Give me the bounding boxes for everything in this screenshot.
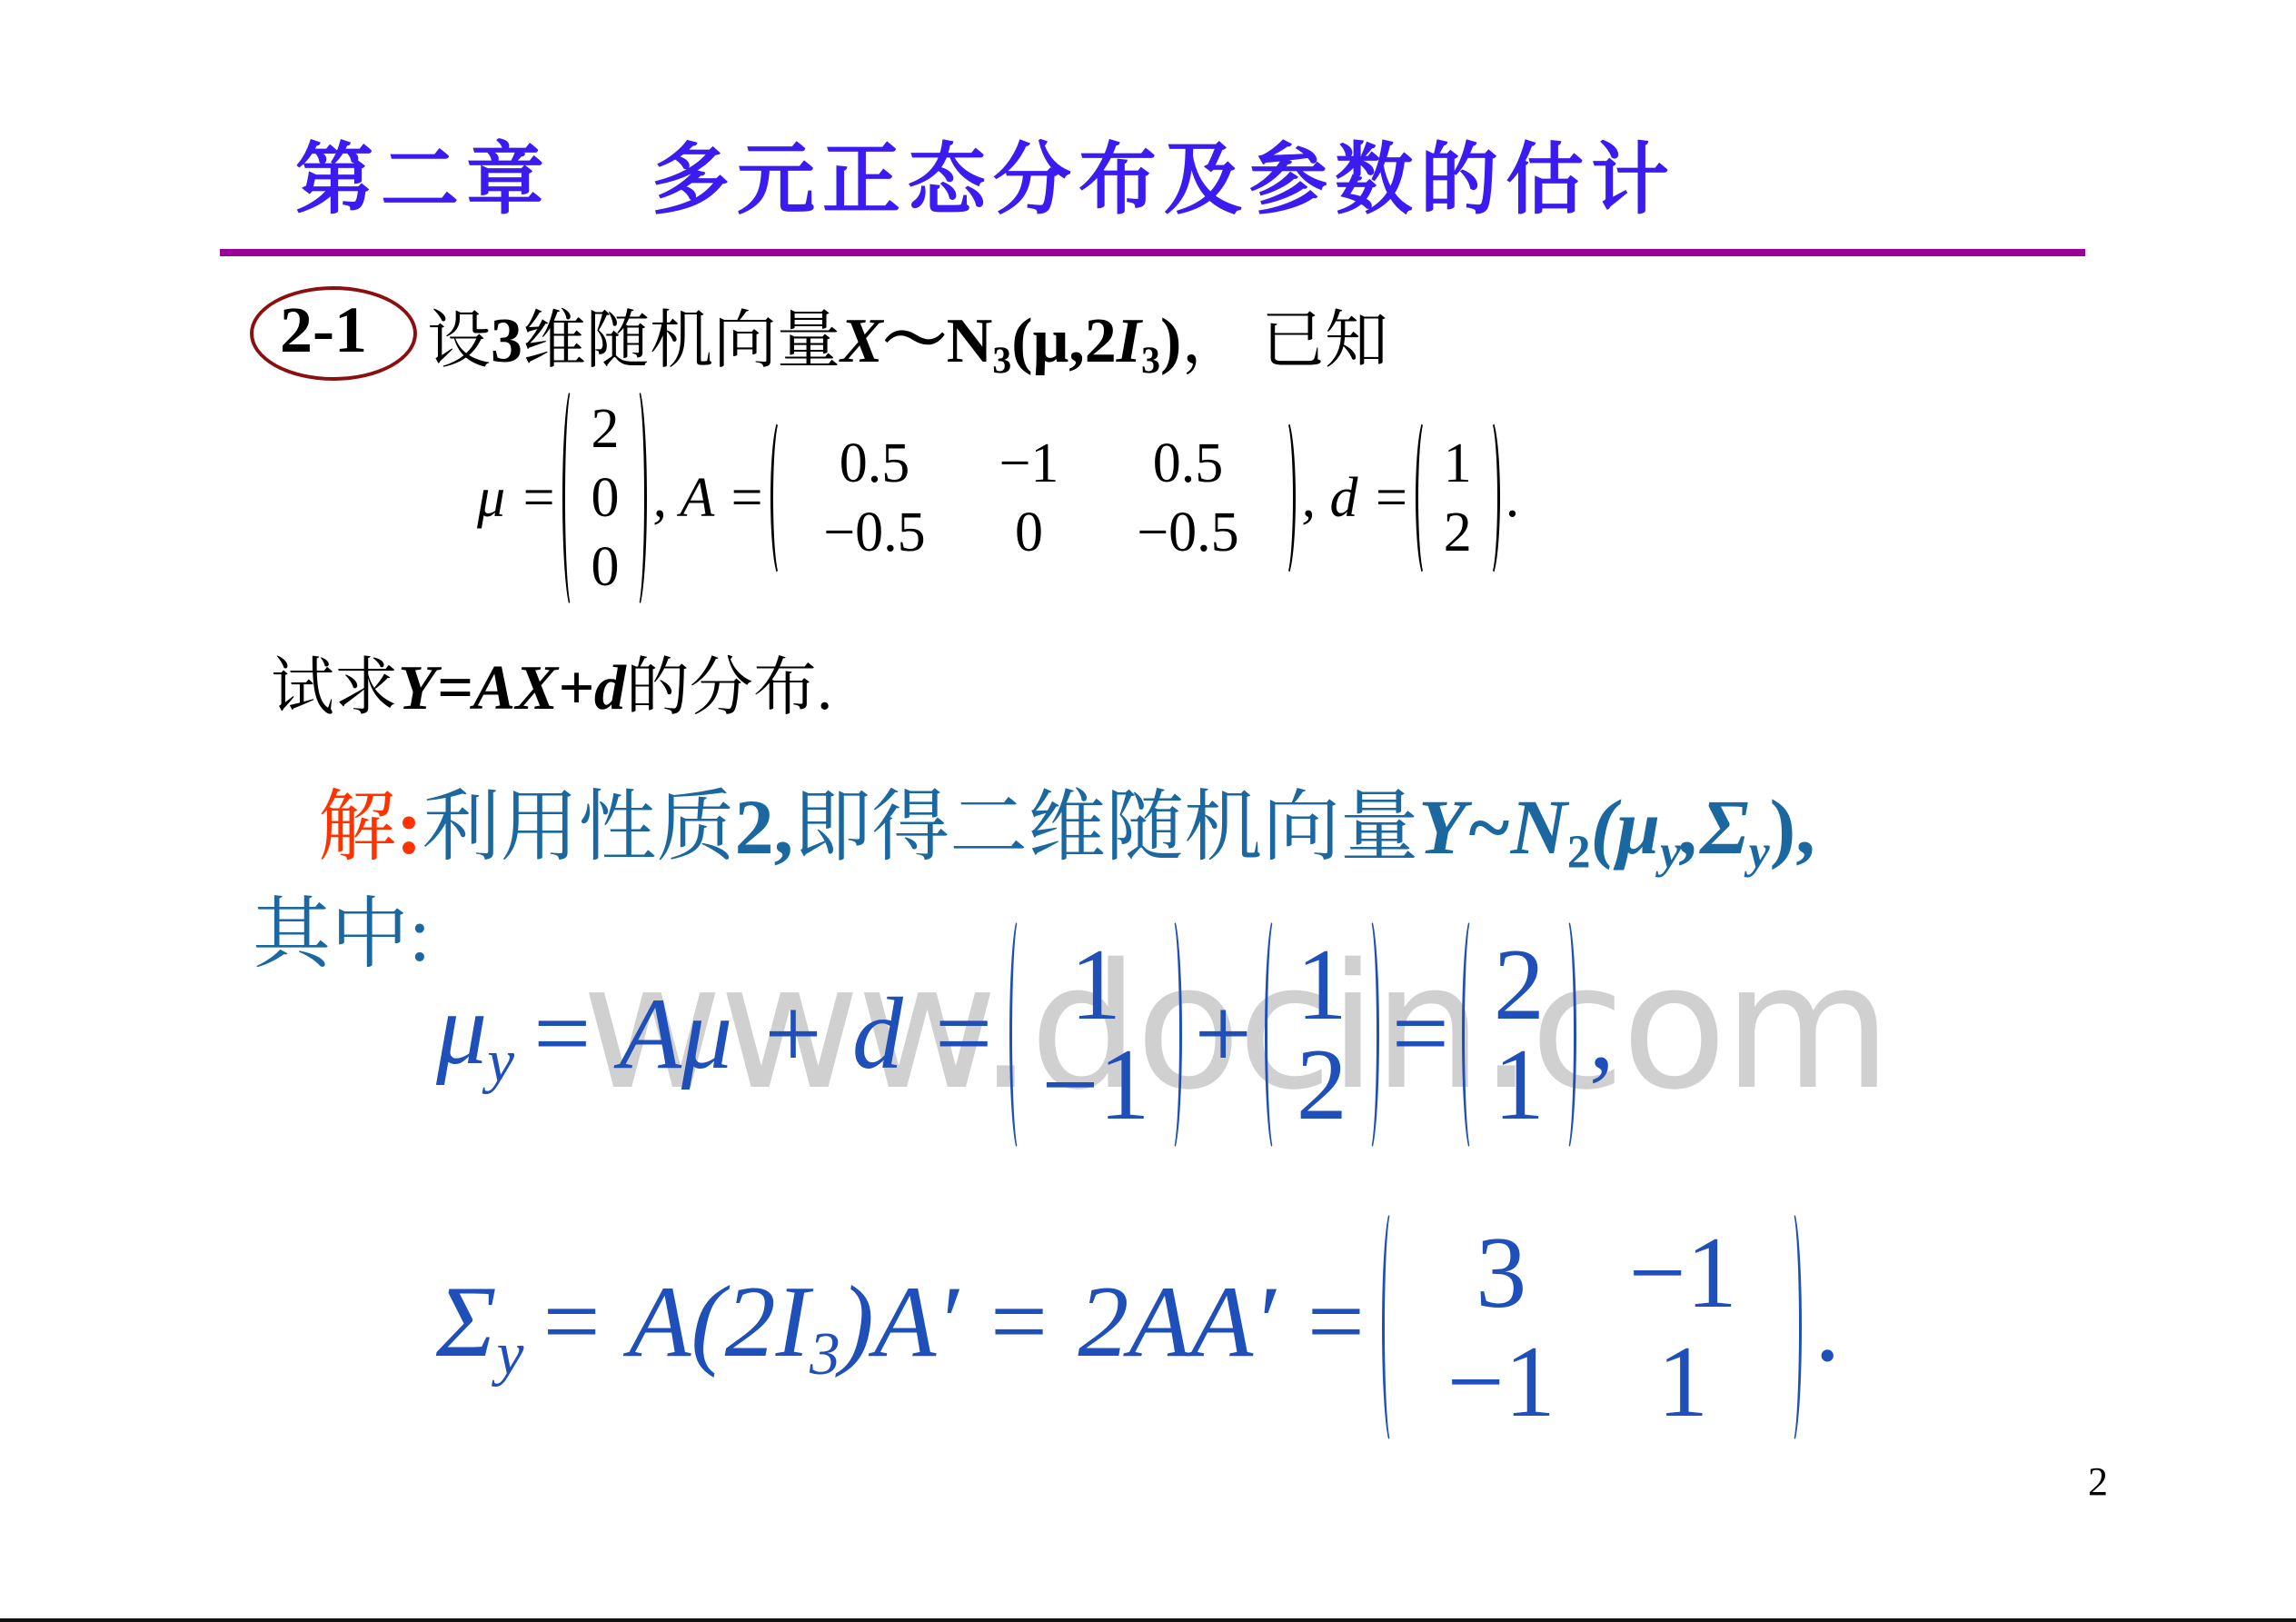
cell: 2 (1444, 498, 1472, 567)
mu-y-equation: μy = Aμ + d = 1−1 + 12 = 21 , (436, 916, 1615, 1153)
cell: 1 (1297, 935, 1347, 1035)
params: (μ,2 (1011, 306, 1117, 376)
cell: −1 (1592, 1219, 1774, 1328)
title-divider (220, 249, 2085, 256)
rhs-expression: = Aμ + d = (527, 976, 997, 1093)
subscript: y (1660, 826, 1681, 878)
property-number: 2, (735, 783, 794, 871)
cell: −1 (1041, 1035, 1149, 1135)
text: 试求 (271, 653, 398, 723)
problem-number: 2-1 (280, 293, 367, 368)
cell: 0.5 (797, 429, 951, 498)
cell: 0.5 (1106, 429, 1269, 498)
subscript: 3 (810, 1320, 840, 1388)
sigma-y-equation: Σy = A(2I3)A′ = 2AA′ = 3 −1 −1 1 . (436, 1209, 1840, 1446)
expression: (μ (1591, 783, 1660, 871)
dist-symbol: ～N (883, 306, 993, 376)
vector-2: 12 (1265, 916, 1379, 1153)
text: 设 (427, 306, 491, 376)
result-vector: 21 (1462, 916, 1576, 1153)
period: . (1506, 466, 1520, 531)
given-values: μ = 2 0 0 , A = 0.5 −1 0.5 −0.5 0 −0.5 ,… (477, 386, 1519, 610)
lhs: μy (436, 971, 514, 1097)
cell: 1 (1444, 429, 1472, 498)
d-label: , d = (1301, 466, 1409, 531)
vector-1: 1−1 (1009, 916, 1181, 1153)
d-vector: 1 2 (1416, 418, 1500, 578)
subscript: y (497, 1320, 524, 1388)
identity-subscript: 3 (1141, 341, 1160, 383)
mu-label: μ = (477, 466, 557, 531)
params-close: ) (1160, 306, 1181, 376)
text: 维随机向量 (522, 306, 840, 376)
right-paren (1557, 916, 1576, 1153)
covariance-matrix: 3 −1 −1 1 (1382, 1209, 1802, 1446)
sigma-symbol: Σ (436, 1266, 497, 1378)
equals: = (1392, 976, 1449, 1093)
left-paren (1382, 1209, 1401, 1446)
solution-label: 解 (318, 783, 396, 871)
cell: −1 (1410, 1328, 1592, 1437)
left-paren (1416, 418, 1435, 578)
cell: 0 (591, 463, 619, 532)
subscript: y (1749, 826, 1770, 878)
cell: 1 (1494, 1035, 1545, 1135)
lhs: Σy (436, 1264, 523, 1389)
text: ， 已知 (1181, 306, 1388, 376)
identity-I: I (1117, 306, 1141, 376)
comma: , (1589, 976, 1615, 1093)
cell: 2 (1297, 1035, 1347, 1135)
text: = A(2I (536, 1266, 810, 1378)
bottom-border (0, 1618, 2296, 1622)
text: 的分布. (626, 653, 833, 723)
right-paren (1277, 418, 1296, 578)
expression: Y~N (1418, 783, 1567, 871)
solution-line: 解:利用性质2,即得二维随机向量Y~N2(μy,Σy), (318, 763, 1815, 879)
cell: 0 (591, 532, 619, 602)
problem-statement: 设3维随机向量X～N3(μ,2I3)， 已知 (427, 289, 1388, 383)
where-label: 其中: (253, 871, 431, 983)
text: 利用性质 (422, 783, 735, 871)
cell: 0 (951, 498, 1106, 567)
dimension: 3 (491, 306, 522, 376)
cell: 1 (1592, 1328, 1774, 1437)
A-label: , A = (652, 466, 765, 531)
left-paren (562, 386, 581, 610)
cell: 2 (1494, 935, 1545, 1035)
right-paren (1783, 1209, 1802, 1446)
page-number: 2 (2088, 1458, 2108, 1505)
cell: −1 (951, 429, 1106, 498)
plus: + (1195, 976, 1252, 1093)
expression: ), (1770, 783, 1815, 871)
text: )A′ = 2AA′ = (840, 1266, 1370, 1378)
right-paren (1163, 916, 1182, 1153)
cell: 3 (1410, 1219, 1592, 1328)
slide-title: 第二章多元正态分布及参数的估计 (295, 116, 1676, 229)
left-paren (1009, 916, 1029, 1153)
A-matrix: 0.5 −1 0.5 −0.5 0 −0.5 (770, 418, 1296, 578)
dist-subscript: 3 (992, 341, 1011, 383)
cell: −0.5 (1106, 498, 1269, 567)
right-paren (1360, 916, 1379, 1153)
right-paren (628, 386, 647, 610)
cell: 2 (591, 394, 619, 463)
text: 即得二维随机向量 (793, 783, 1418, 871)
expression: ,Σ (1681, 783, 1749, 871)
left-paren (1265, 916, 1284, 1153)
chapter-topic: 多元正态分布及参数的估计 (651, 134, 1676, 225)
period: . (1814, 1269, 1840, 1386)
right-paren (1481, 418, 1500, 578)
chapter-label: 第二章 (295, 134, 552, 225)
mu-symbol: μ (436, 973, 487, 1086)
rhs-expression: = A(2I3)A′ = 2AA′ = (536, 1264, 1369, 1389)
random-vector-X: X (840, 306, 883, 376)
mu-vector: 2 0 0 (562, 386, 647, 610)
left-paren (770, 418, 790, 578)
subscript: 2 (1567, 826, 1591, 878)
left-paren (1462, 916, 1481, 1153)
cell: −0.5 (797, 498, 951, 567)
expression: Y=AX+d (398, 653, 626, 723)
subscript: y (487, 1028, 514, 1096)
cell: 1 (1041, 935, 1149, 1035)
solution-colon: : (396, 783, 422, 871)
problem-question: 试求Y=AX+d的分布. (271, 636, 832, 728)
